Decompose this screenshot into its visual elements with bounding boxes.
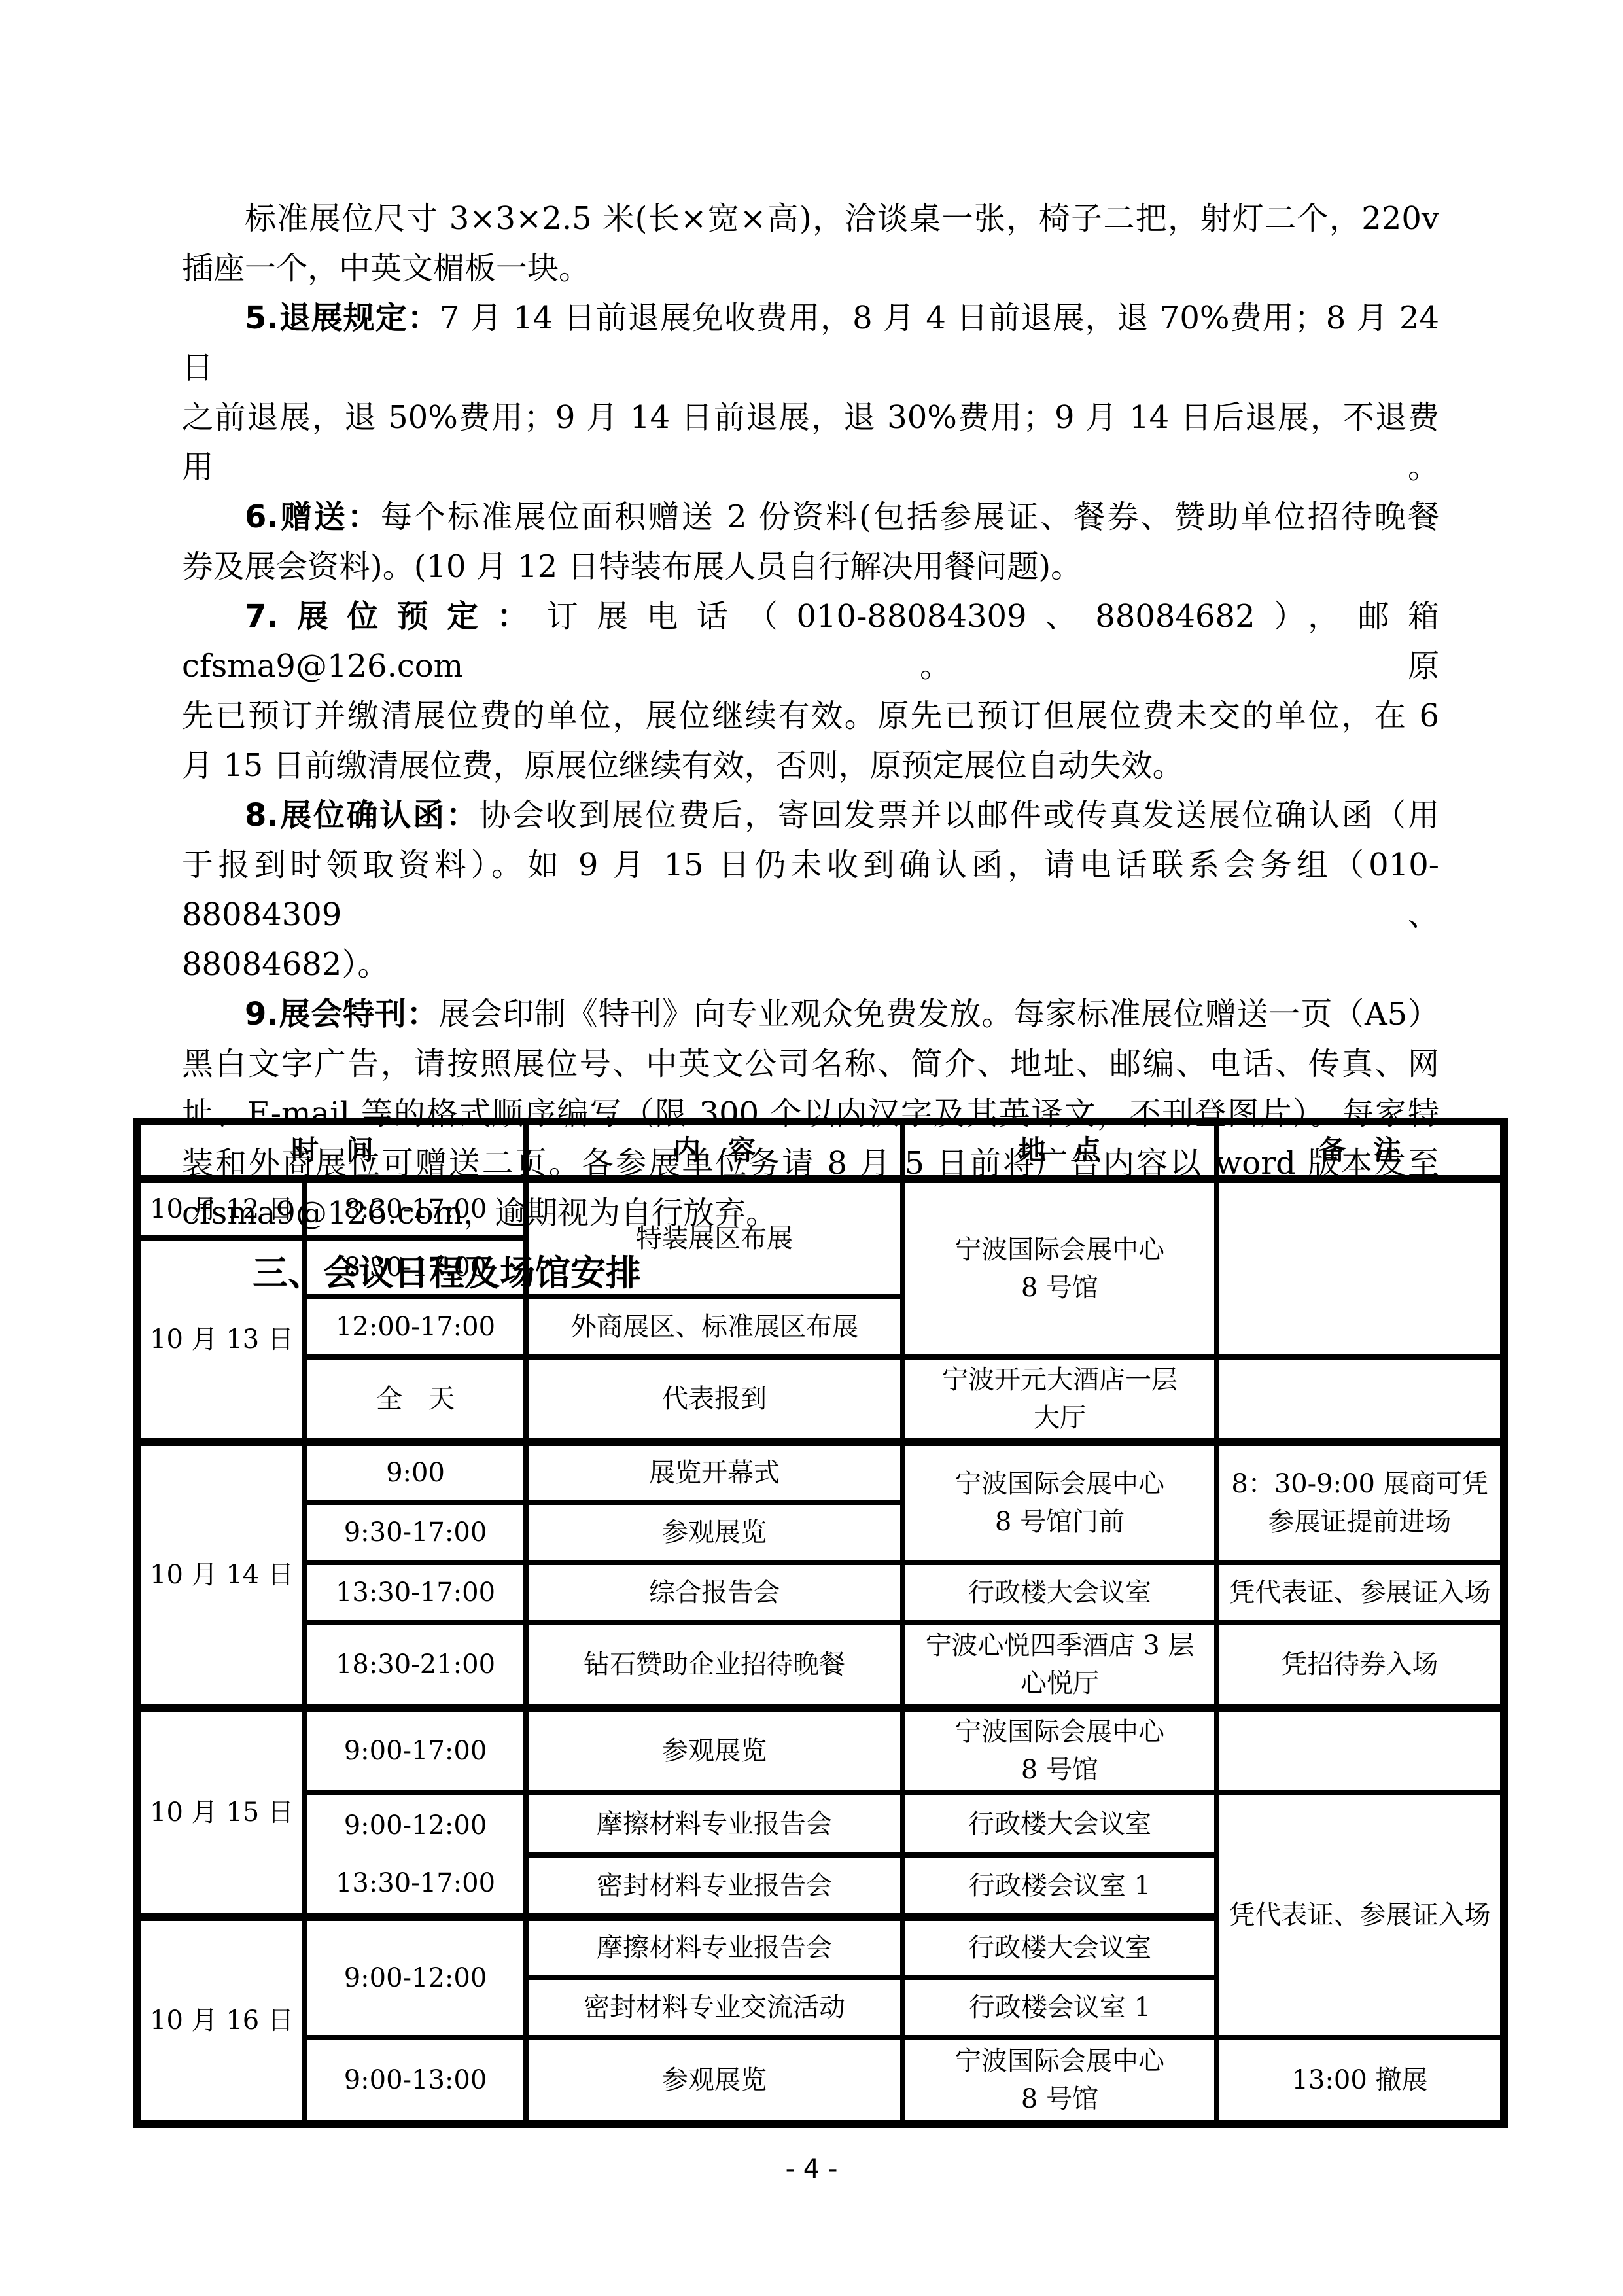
paragraph-line: 黑白文字广告，请按照展位号、中英文公司名称、简介、地址、邮编、电话、传真、网 xyxy=(182,1039,1439,1089)
location-cell: 宁波心悦四季酒店 3 层 心悦厅 xyxy=(903,1623,1217,1708)
paragraph-line: 券及展会资料)。(10 月 12 日特装布展人员自行解决用餐问题)。 xyxy=(182,542,1439,592)
table-row: 9:00-12:00 13:30-17:00 摩擦材料专业报告会 行政楼大会议室… xyxy=(137,1793,1504,1855)
table-row: 13:30-17:00 综合报告会 行政楼大会议室 凭代表证、参展证入场 xyxy=(137,1563,1504,1623)
location-cell: 宁波国际会展中心 8 号馆 xyxy=(903,1179,1217,1357)
location-cell: 宁波国际会展中心 8 号馆 xyxy=(903,2038,1217,2124)
paragraph-line: 之前退展，退 50%费用；9 月 14 日前退展，退 30%费用；9 月 14 … xyxy=(182,393,1439,492)
note-cell: 凭代表证、参展证入场 xyxy=(1217,1563,1504,1623)
time-cell: 9:00-12:00 13:30-17:00 xyxy=(305,1793,526,1917)
paragraph-line: 9.展会特刊：展会印制《特刊》向专业观众免费发放。每家标准展位赠送一页（A5） xyxy=(182,989,1439,1039)
paragraph-label: 5.退展规定： xyxy=(245,300,440,336)
date-cell: 10 月 13 日 xyxy=(137,1238,305,1442)
paragraph-text: 展会印制《特刊》向专业观众免费发放。每家标准展位赠送一页（A5） xyxy=(439,996,1440,1033)
table-row: 10 月 12 日 8:30-17:00 特装展区布展 宁波国际会展中心 8 号… xyxy=(137,1179,1504,1238)
content-cell: 参观展览 xyxy=(526,1502,903,1563)
time-cell: 9:00-17:00 xyxy=(305,1708,526,1793)
content-cell: 综合报告会 xyxy=(526,1563,903,1623)
paragraph-text: 协会收到展位费后，寄回发票并以邮件或传真发送展位确认函（用 xyxy=(480,797,1439,834)
paragraph-label: 8.展位确认函： xyxy=(245,797,480,834)
content-cell: 密封材料专业交流活动 xyxy=(526,1977,903,2038)
paragraph: 7.展位预定：订展电话（010-88084309、88084682），邮箱 cf… xyxy=(182,592,1439,790)
paragraph: 8.展位确认函：协会收到展位费后，寄回发票并以邮件或传真发送展位确认函（用 于报… xyxy=(182,790,1439,989)
paragraph-line: 月 15 日前缴清展位费，原展位继续有效，否则，原预定展位自动失效。 xyxy=(182,741,1439,790)
paragraph-line: 于报到时领取资料）。如 9 月 15 日仍未收到确认函，请电话联系会务组（010… xyxy=(182,840,1439,940)
paragraph-label: 6.赠送： xyxy=(245,499,381,535)
location-cell: 行政楼会议室 1 xyxy=(903,1977,1217,2038)
location-cell: 行政楼大会议室 xyxy=(903,1793,1217,1855)
paragraph-line: 8.展位确认函：协会收到展位费后，寄回发票并以邮件或传真发送展位确认函（用 xyxy=(182,790,1439,840)
location-cell: 行政楼大会议室 xyxy=(903,1917,1217,1977)
schedule-table: 时 间 内 容 地 点 备 注 10 月 12 日 8:30-17:00 特装展… xyxy=(133,1118,1508,2128)
time-cell: 全 天 xyxy=(305,1357,526,1442)
paragraph: 标准展位尺寸 3×3×2.5 米(长×宽×高)，洽谈桌一张，椅子二把，射灯二个，… xyxy=(182,194,1439,293)
location-cell: 行政楼会议室 1 xyxy=(903,1855,1217,1917)
header-location: 地 点 xyxy=(903,1122,1217,1179)
date-cell: 10 月 12 日 xyxy=(137,1179,305,1238)
content-cell: 钻石赞助企业招待晚餐 xyxy=(526,1623,903,1708)
time-cell: 8:30-17:00 xyxy=(305,1179,526,1238)
content-cell: 展览开幕式 xyxy=(526,1442,903,1502)
time-cell: 9:30-17:00 xyxy=(305,1502,526,1563)
paragraph-line: 插座一个，中英文楣板一块。 xyxy=(182,243,1439,293)
location-cell: 行政楼大会议室 xyxy=(903,1563,1217,1623)
paragraph-line: 5.退展规定：7 月 14 日前退展免收费用，8 月 4 日前退展，退 70%费… xyxy=(182,293,1439,393)
paragraph-text: 每个标准展位面积赠送 2 份资料(包括参展证、餐券、赞助单位招待晚餐 xyxy=(381,499,1439,535)
table-row: 10 月 15 日 9:00-17:00 参观展览 宁波国际会展中心 8 号馆 xyxy=(137,1708,1504,1793)
content-cell: 外商展区、标准展区布展 xyxy=(526,1297,903,1357)
table-header-row: 时 间 内 容 地 点 备 注 xyxy=(137,1122,1504,1179)
note-cell: 13:00 撤展 xyxy=(1217,2038,1504,2124)
note-cell: 凭代表证、参展证入场 xyxy=(1217,1793,1504,2038)
paragraph: 6.赠送：每个标准展位面积赠送 2 份资料(包括参展证、餐券、赞助单位招待晚餐 … xyxy=(182,492,1439,592)
note-cell xyxy=(1217,1357,1504,1442)
location-cell: 宁波国际会展中心 8 号馆 xyxy=(903,1708,1217,1793)
time-cell: 9:00-13:00 xyxy=(305,2038,526,2124)
paragraph-line: 6.赠送：每个标准展位面积赠送 2 份资料(包括参展证、餐券、赞助单位招待晚餐 xyxy=(182,492,1439,542)
time-cell: 9:00-12:00 xyxy=(305,1917,526,2038)
content-cell: 参观展览 xyxy=(526,1708,903,1793)
paragraph-line: 88084682）。 xyxy=(182,940,1439,989)
time-cell: 18:30-21:00 xyxy=(305,1623,526,1708)
content-cell: 摩擦材料专业报告会 xyxy=(526,1917,903,1977)
page-number: - 4 - xyxy=(0,2154,1623,2184)
header-content: 内 容 xyxy=(526,1122,903,1179)
table-row: 10 月 14 日 9:00 展览开幕式 宁波国际会展中心 8 号馆门前 8：3… xyxy=(137,1442,1504,1502)
table-row: 18:30-21:00 钻石赞助企业招待晚餐 宁波心悦四季酒店 3 层 心悦厅 … xyxy=(137,1623,1504,1708)
table-row: 9:00-13:00 参观展览 宁波国际会展中心 8 号馆 13:00 撤展 xyxy=(137,2038,1504,2124)
date-cell: 10 月 16 日 xyxy=(137,1917,305,2124)
content-cell: 参观展览 xyxy=(526,2038,903,2124)
date-cell: 10 月 14 日 xyxy=(137,1442,305,1708)
paragraph-line: 先已预订并缴清展位费的单位，展位继续有效。原先已预订但展位费未交的单位，在 6 xyxy=(182,691,1439,741)
paragraph-line: 标准展位尺寸 3×3×2.5 米(长×宽×高)，洽谈桌一张，椅子二把，射灯二个，… xyxy=(182,194,1439,243)
content-cell: 密封材料专业报告会 xyxy=(526,1855,903,1917)
paragraph: 5.退展规定：7 月 14 日前退展免收费用，8 月 4 日前退展，退 70%费… xyxy=(182,293,1439,492)
paragraph-label: 7.展位预定： xyxy=(245,598,547,635)
location-cell: 宁波国际会展中心 8 号馆门前 xyxy=(903,1442,1217,1563)
time-cell: 13:30-17:00 xyxy=(305,1563,526,1623)
content-cell: 代表报到 xyxy=(526,1357,903,1442)
document-page: 标准展位尺寸 3×3×2.5 米(长×宽×高)，洽谈桌一张，椅子二把，射灯二个，… xyxy=(0,0,1623,2296)
time-cell: 8:30-17:00 xyxy=(305,1238,526,1297)
paragraph-line: 7.展位预定：订展电话（010-88084309、88084682），邮箱 cf… xyxy=(182,592,1439,691)
note-cell: 8：30-9:00 展商可凭 参展证提前进场 xyxy=(1217,1442,1504,1563)
time-cell: 9:00 xyxy=(305,1442,526,1502)
date-cell: 10 月 15 日 xyxy=(137,1708,305,1917)
header-time: 时 间 xyxy=(137,1122,526,1179)
location-cell: 宁波开元大酒店一层 大厅 xyxy=(903,1357,1217,1442)
content-cell: 摩擦材料专业报告会 xyxy=(526,1793,903,1855)
note-cell xyxy=(1217,1708,1504,1793)
content-cell: 特装展区布展 xyxy=(526,1179,903,1297)
paragraph-label: 9.展会特刊： xyxy=(245,996,439,1033)
time-cell: 12:00-17:00 xyxy=(305,1297,526,1357)
table-row: 全 天 代表报到 宁波开元大酒店一层 大厅 xyxy=(137,1357,1504,1442)
note-cell xyxy=(1217,1179,1504,1357)
note-cell: 凭招待券入场 xyxy=(1217,1623,1504,1708)
header-note: 备 注 xyxy=(1217,1122,1504,1179)
